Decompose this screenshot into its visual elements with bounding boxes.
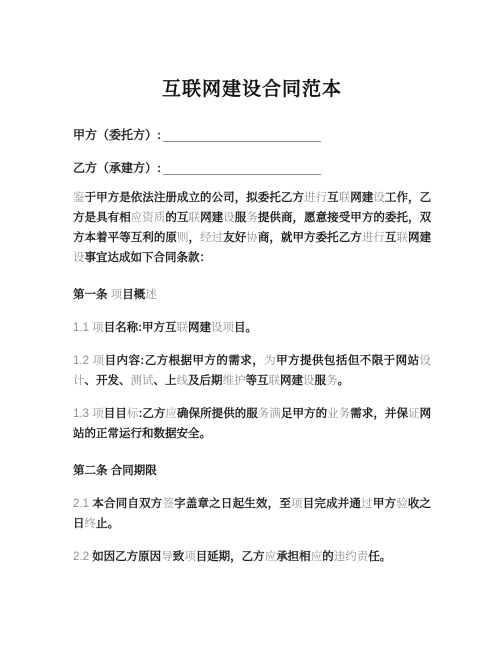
text-segment: 联 — [396, 232, 408, 244]
text-segment: 项 — [184, 551, 196, 563]
text-segment: 业务 — [327, 408, 350, 420]
text-segment: 甲方提供包括但不限于网站 — [276, 355, 419, 367]
text-segment: 联 — [189, 212, 201, 224]
text-segment: 的 — [322, 551, 334, 563]
text-segment: 服 — [315, 375, 327, 387]
clause-2-1: 2.1 本合同自双方签字盖章之日起生效，至项目完成并通过甲方验收之日终止。 — [73, 494, 431, 534]
text-segment: 终 — [85, 518, 97, 530]
text-segment: 证 — [408, 408, 420, 420]
text-segment: 务 — [326, 375, 338, 387]
text-segment: 1.2 项 — [73, 355, 105, 367]
text-segment: 任。 — [368, 551, 391, 563]
party-a-blank-line — [163, 128, 321, 142]
text-segment: 。 — [338, 375, 350, 387]
text-segment: 商，就甲方委托乙方 — [258, 232, 362, 244]
text-segment: 目目 — [104, 408, 127, 420]
clause-1-3: 1.3 项目目标:乙方应确保所提供的服务满足甲方的业务需求，并保证网站的正常运行… — [73, 404, 431, 444]
text-segment: 联 — [177, 322, 189, 334]
text-segment: 述 — [145, 289, 157, 301]
text-segment: 目。 — [234, 322, 257, 334]
text-segment: 设 — [373, 192, 385, 204]
party-a-label: 甲方（委托方）: — [73, 128, 161, 142]
text-segment: 甲方 — [373, 498, 396, 510]
text-segment: 服 — [235, 212, 247, 224]
text-segment: 为 — [264, 355, 276, 367]
text-segment: 第二条 合同期限 — [73, 465, 157, 477]
text-segment: 的互 — [165, 212, 188, 224]
text-segment: 应 — [265, 551, 277, 563]
text-segment: 鉴 — [73, 192, 85, 204]
text-segment: 验 — [396, 498, 408, 510]
text-segment: 事宜达成如下合同条款： — [85, 252, 212, 264]
text-segment: 标 — [127, 408, 139, 420]
text-segment: 1.1 项 — [73, 322, 104, 334]
document-title: 互联网建设合同范本 — [73, 77, 431, 103]
text-segment: 如因乙方原因 — [92, 551, 161, 563]
section-1-heading: 第一条 项目概述 — [73, 285, 431, 305]
text-segment: 设 — [303, 375, 315, 387]
text-segment: 网建 — [188, 322, 211, 334]
text-segment: 致 — [173, 551, 185, 563]
text-segment: 网建 — [408, 232, 431, 244]
party-a-field: 甲方（委托方）: — [73, 125, 431, 145]
text-segment: 维护 — [223, 375, 246, 387]
text-segment: 需求，并保 — [350, 408, 408, 420]
text-segment: 网建 — [200, 212, 223, 224]
text-segment: 导 — [161, 551, 173, 563]
text-segment: 网建 — [280, 375, 303, 387]
text-segment: 确保所提供的服 — [177, 408, 258, 420]
party-b-blank-line — [163, 161, 321, 175]
text-segment: 测试 — [131, 375, 154, 387]
text-segment: 互 — [385, 232, 397, 244]
text-segment: 务 — [246, 212, 258, 224]
text-segment: 则 — [177, 232, 189, 244]
text-segment: 违约责 — [334, 551, 369, 563]
text-segment: 联 — [339, 192, 351, 204]
text-segment: 1.3 项 — [73, 408, 104, 420]
text-segment: 2.1 — [73, 498, 92, 510]
text-segment: 目名称:甲方互 — [104, 322, 177, 334]
text-segment: 及后期 — [188, 375, 223, 387]
clause-1-2: 1.2 项目内容:乙方根据甲方的需求，为甲方提供包括但不限于网站设计、开发、测试… — [73, 351, 431, 391]
text-segment: 目内容:乙方根据甲方的需求， — [105, 355, 265, 367]
text-segment: 目概 — [122, 289, 145, 301]
text-segment: 、上 — [154, 375, 177, 387]
text-segment: 项 — [111, 289, 123, 301]
text-segment: 设 — [223, 212, 235, 224]
text-segment: 过 — [361, 498, 373, 510]
text-segment: :乙方 — [138, 408, 165, 420]
text-segment: 字盖章之日起生效，至 — [174, 498, 291, 510]
clause-2-2: 2.2 如因乙方原因导致项目延期，乙方应承担相应的违约责任。 — [73, 547, 431, 567]
contract-document: 互联网建设合同范本 甲方（委托方）: 乙方（承建方）: 鉴于甲方是依法注册成立的… — [0, 0, 500, 647]
text-segment: 务满 — [258, 408, 281, 420]
text-segment: 承担相 — [276, 551, 311, 563]
text-segment: 进行 — [304, 192, 327, 204]
text-segment: 网建 — [350, 192, 373, 204]
text-segment: 联 — [269, 375, 281, 387]
party-b-label: 乙方（承建方）: — [73, 161, 161, 175]
preamble-paragraph: 鉴于甲方是依法注册成立的公司，拟委托乙方进行互联网建设工作，乙方是具有相应资质的… — [73, 188, 431, 268]
text-segment: 2.2 — [73, 551, 92, 563]
text-segment: 进行 — [362, 232, 385, 244]
text-segment: 友好 — [223, 232, 246, 244]
text-segment: 设 — [73, 252, 85, 264]
text-segment: 设项 — [211, 322, 234, 334]
text-segment: 于甲方是依法注册成立的公司，拟委托乙方 — [85, 192, 304, 204]
text-segment: 项 — [291, 498, 303, 510]
text-segment: 应资质 — [131, 212, 166, 224]
text-segment: 经过 — [200, 232, 223, 244]
text-segment: 应 — [165, 408, 177, 420]
text-segment: 线 — [177, 375, 189, 387]
text-segment: 本合同自双方 — [92, 498, 162, 510]
section-2-heading: 第二条 合同期限 — [73, 461, 431, 481]
text-segment: 应 — [311, 551, 323, 563]
text-segment: 目延期，乙方 — [196, 551, 265, 563]
clause-1-1: 1.1 项目名称:甲方互联网建设项目。 — [73, 318, 431, 338]
text-segment: 第一条 — [73, 289, 111, 301]
party-b-field: 乙方（承建方）: — [73, 158, 431, 178]
text-segment: 、开发、 — [85, 375, 131, 387]
text-segment: 等互 — [246, 375, 269, 387]
text-segment: 目完成并通 — [303, 498, 361, 510]
text-segment: 协 — [246, 232, 258, 244]
text-segment: 止。 — [96, 518, 119, 530]
contract-body: 鉴于甲方是依法注册成立的公司，拟委托乙方进行互联网建设工作，乙方是具有相应资质的… — [73, 188, 431, 567]
text-segment: 互 — [327, 192, 339, 204]
text-segment: 签 — [162, 498, 174, 510]
text-segment: ， — [189, 232, 201, 244]
text-segment: 足甲方的 — [281, 408, 327, 420]
